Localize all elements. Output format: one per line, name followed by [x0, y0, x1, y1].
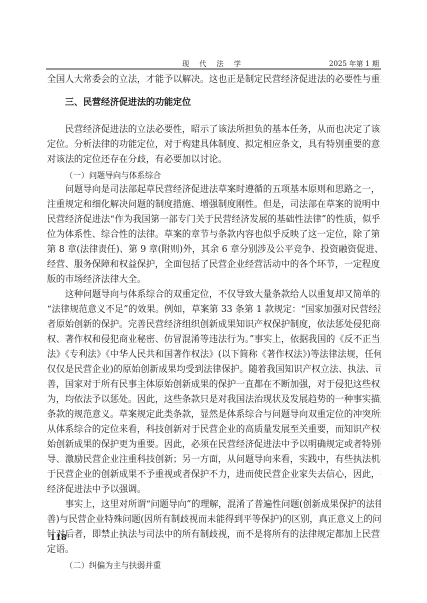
- header-rule: [46, 68, 381, 70]
- text-line: 事实上，这里对所谓“问题导向”的理解，混淆了普遍性问题(创新成果保护的法律制度有…: [47, 498, 381, 513]
- text-line: 经济促进法中予以强调。: [47, 483, 381, 498]
- text-line: 法》《专利法》《中华人民共和国著作权法》(以下简称《著作权法》)等法律法规，任何…: [47, 348, 381, 363]
- text-line: 权、著作权和侵犯商业秘密、仿冒混淆等违法行为。”事实上，依据我国的《反不正当竞争…: [47, 333, 381, 348]
- subsection-heading: （一）问题导向与体系综合: [47, 168, 381, 183]
- text-line: 者原始创新的保护。完善民营经济组织创新成果知识产权保护制度，依法惩处侵犯商标权、…: [47, 318, 381, 333]
- text-line: 问题导向是司法部起草民营经济促进法草案时遵循的五项基本原则和思路之一，即聚焦问题…: [47, 183, 381, 198]
- text-line: 民营经济促进法的立法必要性，昭示了该法所担负的基本任务，从而也决定了该法应有的功…: [47, 123, 381, 138]
- section-heading: 三、民营经济促进法的功能定位: [47, 96, 381, 111]
- text-line: 第 8 章(法律责任)、第 9 章(附则)外，其余 6 章分别涉及公平竞争、投资…: [47, 243, 381, 258]
- text-line: 始创新成果的保护更为重要。因此，必须在民营经济促进法中予以明确规定或者特别强调，…: [47, 438, 381, 453]
- text-line: 导、激励民营企业注重科技创新；另一方面，从问题导向来看，实践中，有些执法机构或司…: [47, 453, 381, 468]
- text-line: 仅仅是民营企业)的原始创新成果均受到法律保护。随着我国知识产权立法、执法、司法的…: [47, 363, 381, 378]
- text-line: 从体系综合的定位来看，科技创新对于民营企业的高质量发展至关重要，而知识产权保护特…: [47, 423, 381, 438]
- subsection-heading: （二）纠偏为主与扶弱并重: [47, 558, 381, 573]
- text-line: 于民营企业的创新成果不予重视或者保护不力，进而使民营企业家失去信心，因此，有必要…: [47, 468, 381, 483]
- text-line: 定语。: [47, 543, 381, 558]
- text-line: 民营经济促进法“作为我国第一部专门关于民营经济发展的基础性法律”的性质，似乎又将…: [47, 213, 381, 228]
- text-line: 善)与民营企业特殊问题(因所有制歧视而未能得到平等保护)的区别，真正意义上的问题…: [47, 513, 381, 528]
- text-line: 善，国家对于所有民事主体原始创新成果的保护一直都在不断加强，对于侵犯这些权益的违…: [47, 378, 381, 393]
- text-line: 为，均依法予以惩处。因此，这些条款只是对我国法治现状及发展趋势的一种事实描述，没…: [47, 393, 381, 408]
- text-line: 定位。分析法律的功能定位，对于构建具体制度、拟定相应条文，具有特别重要的意义。目…: [47, 138, 381, 153]
- text-line: “法律规范意义不足”的效果。例如，草案第 33 条第 1 款规定：“国家加强对民…: [47, 303, 381, 318]
- running-header: 现 代 法 学 2025 年第 1 期: [46, 57, 381, 68]
- text-line: 位为体系性、综合性的法律。草案的章节与条款内容也似乎反映了这一定位，除了第 1 …: [47, 228, 381, 243]
- article-body: 全国人大常委会的立法，才能予以解决。这也正是制定民营经济促进法的必要性与重要意义…: [47, 73, 381, 573]
- text-line: 这种问题导向与体系综合的双重定位，不仅导致大量条款给人以重复却又简单的印象，更形…: [47, 288, 381, 303]
- text-line: 版的市场经济法律大全。: [47, 273, 381, 288]
- text-line: 注重规定和细化解决问题的制度措施、增强制度刚性。但是，司法部在草案的说明中，又强…: [47, 198, 381, 213]
- text-line: 全国人大常委会的立法，才能予以解决。这也正是制定民营经济促进法的必要性与重要意义…: [47, 73, 381, 88]
- text-line: 经营、服务保障和权益保护，全面包括了民营企业经营活动中的各个环节，一定程度上是民…: [47, 258, 381, 273]
- text-line: 针对后者，即禁止执法与司法中的所有制歧视，而不是将所有的法律规定都加上民营企业作…: [47, 528, 381, 543]
- text-line: 条款的规范意义。草案规定此类条款，显然是体系综合与问题导向双重定位的冲突所致：一…: [47, 408, 381, 423]
- page-number: 118: [50, 532, 67, 542]
- text-line: 对该法的定位还存在分歧，有必要加以讨论。: [47, 153, 381, 168]
